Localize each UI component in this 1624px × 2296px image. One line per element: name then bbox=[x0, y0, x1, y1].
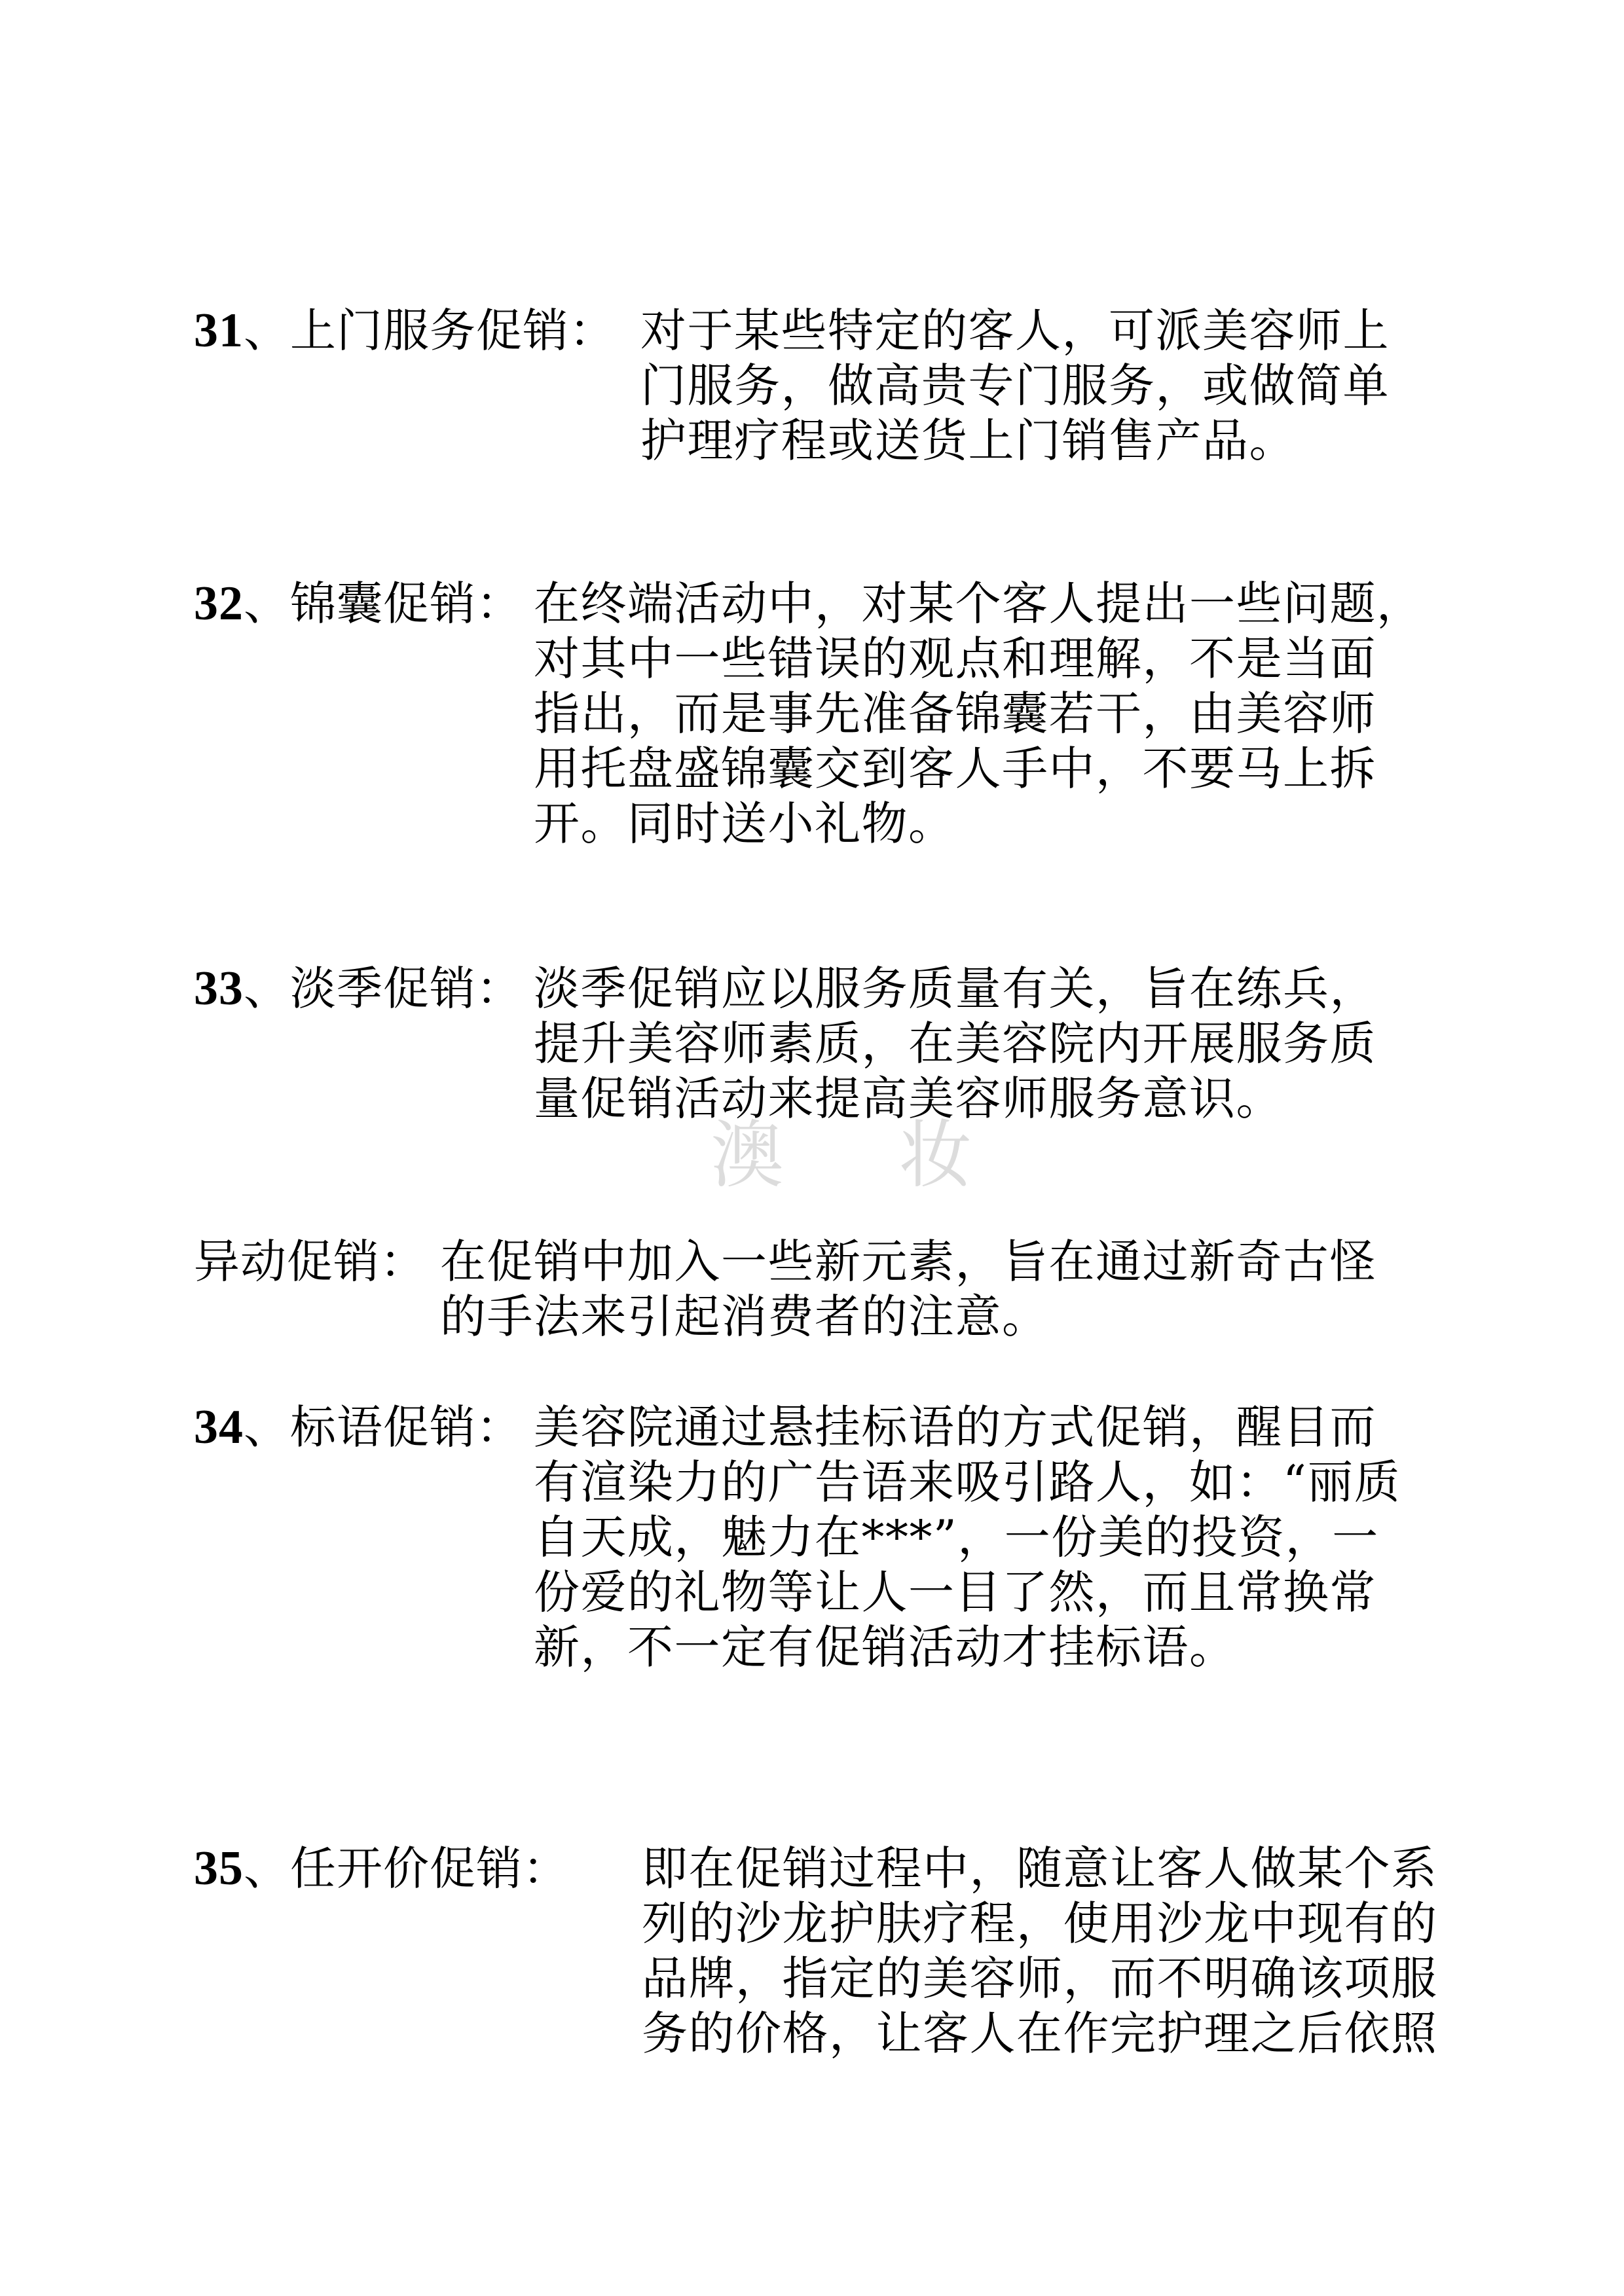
description-line: 对其中一些错误的观点和理解，不是当面 bbox=[534, 631, 1424, 686]
description-line: 份爱的礼物等让人一目了然，而且常换常 bbox=[534, 1565, 1401, 1620]
entry-description: 在促销中加入一些新元素，旨在通过新奇古怪 的手法来引起消费者的注意。 bbox=[440, 1234, 1376, 1344]
description-line: 护理疗程或送货上门销售产品。 bbox=[640, 413, 1390, 468]
entry-label: 32、锦囊促销： bbox=[194, 576, 523, 631]
description-line: 美容院通过悬挂标语的方式促销，醒目而 bbox=[534, 1400, 1401, 1455]
entry-label: 33、淡季促销： bbox=[194, 961, 523, 1016]
entry-number: 31 bbox=[194, 304, 244, 357]
description-line: 门服务，做高贵专门服务，或做简单 bbox=[640, 358, 1390, 413]
entry-label: 35、任开价促销： bbox=[194, 1841, 569, 1896]
description-line: 自天成，魅力在***”，一份美的投资，一 bbox=[534, 1510, 1401, 1565]
description-line: 品牌，指定的美容师，而不明确该项服 bbox=[642, 1951, 1438, 2006]
entry-description: 在终端活动中，对某个客人提出一些问题， 对其中一些错误的观点和理解，不是当面 指… bbox=[534, 576, 1424, 851]
description-line: 有渲染力的广告语来吸引路人，如：“丽质 bbox=[534, 1455, 1401, 1510]
description-line: 淡季促销应以服务质量有关，旨在练兵， bbox=[534, 961, 1376, 1016]
entry-number: 32 bbox=[194, 577, 244, 630]
entry-label: 异动促销： bbox=[194, 1234, 426, 1289]
description-line: 在终端活动中，对某个客人提出一些问题， bbox=[534, 576, 1424, 631]
description-line: 的手法来引起消费者的注意。 bbox=[440, 1289, 1376, 1344]
entry-number: 34 bbox=[194, 1400, 244, 1454]
entry-number: 35 bbox=[194, 1842, 244, 1895]
entry-number: 33 bbox=[194, 962, 244, 1015]
entry-description: 淡季促销应以服务质量有关，旨在练兵， 提升美容师素质，在美容院内开展服务质 量促… bbox=[534, 961, 1376, 1126]
entry-title: 、淡季促销： bbox=[244, 962, 523, 1015]
entry-title: 、锦囊促销： bbox=[244, 577, 523, 630]
description-line: 指出，而是事先准备锦囊若干，由美容师 bbox=[534, 686, 1424, 741]
description-line: 提升美容师素质，在美容院内开展服务质 bbox=[534, 1016, 1376, 1071]
entry-description: 即在促销过程中，随意让客人做某个系 列的沙龙护肤疗程，使用沙龙中现有的 品牌，指… bbox=[642, 1841, 1438, 2061]
entry-description: 对于某些特定的客人，可派美容师上 门服务，做高贵专门服务，或做简单 护理疗程或送… bbox=[640, 303, 1390, 468]
entry-label: 34、标语促销： bbox=[194, 1400, 523, 1455]
description-line: 对于某些特定的客人，可派美容师上 bbox=[640, 303, 1390, 358]
description-line: 务的价格，让客人在作完护理之后依照 bbox=[642, 2006, 1438, 2061]
description-line: 即在促销过程中，随意让客人做某个系 bbox=[642, 1841, 1438, 1896]
description-line: 新，不一定有促销活动才挂标语。 bbox=[534, 1620, 1401, 1675]
description-line: 在促销中加入一些新元素，旨在通过新奇古怪 bbox=[440, 1234, 1376, 1289]
entry-title: 、任开价促销： bbox=[244, 1842, 569, 1895]
description-line: 列的沙龙护肤疗程，使用沙龙中现有的 bbox=[642, 1896, 1438, 1951]
watermark: 澳 妆 bbox=[710, 1113, 1018, 1198]
entry-title: 、上门服务促销： bbox=[244, 304, 616, 357]
description-line: 开。同时送小礼物。 bbox=[534, 796, 1424, 851]
entry-description: 美容院通过悬挂标语的方式促销，醒目而 有渲染力的广告语来吸引路人，如：“丽质 自… bbox=[534, 1400, 1401, 1675]
document-page: 31、上门服务促销： 对于某些特定的客人，可派美容师上 门服务，做高贵专门服务，… bbox=[0, 0, 1624, 2296]
entry-label: 31、上门服务促销： bbox=[194, 303, 616, 358]
entry-title: 异动促销： bbox=[194, 1235, 426, 1288]
description-line: 用托盘盛锦囊交到客人手中，不要马上拆 bbox=[534, 741, 1424, 796]
entry-title: 、标语促销： bbox=[244, 1400, 523, 1454]
